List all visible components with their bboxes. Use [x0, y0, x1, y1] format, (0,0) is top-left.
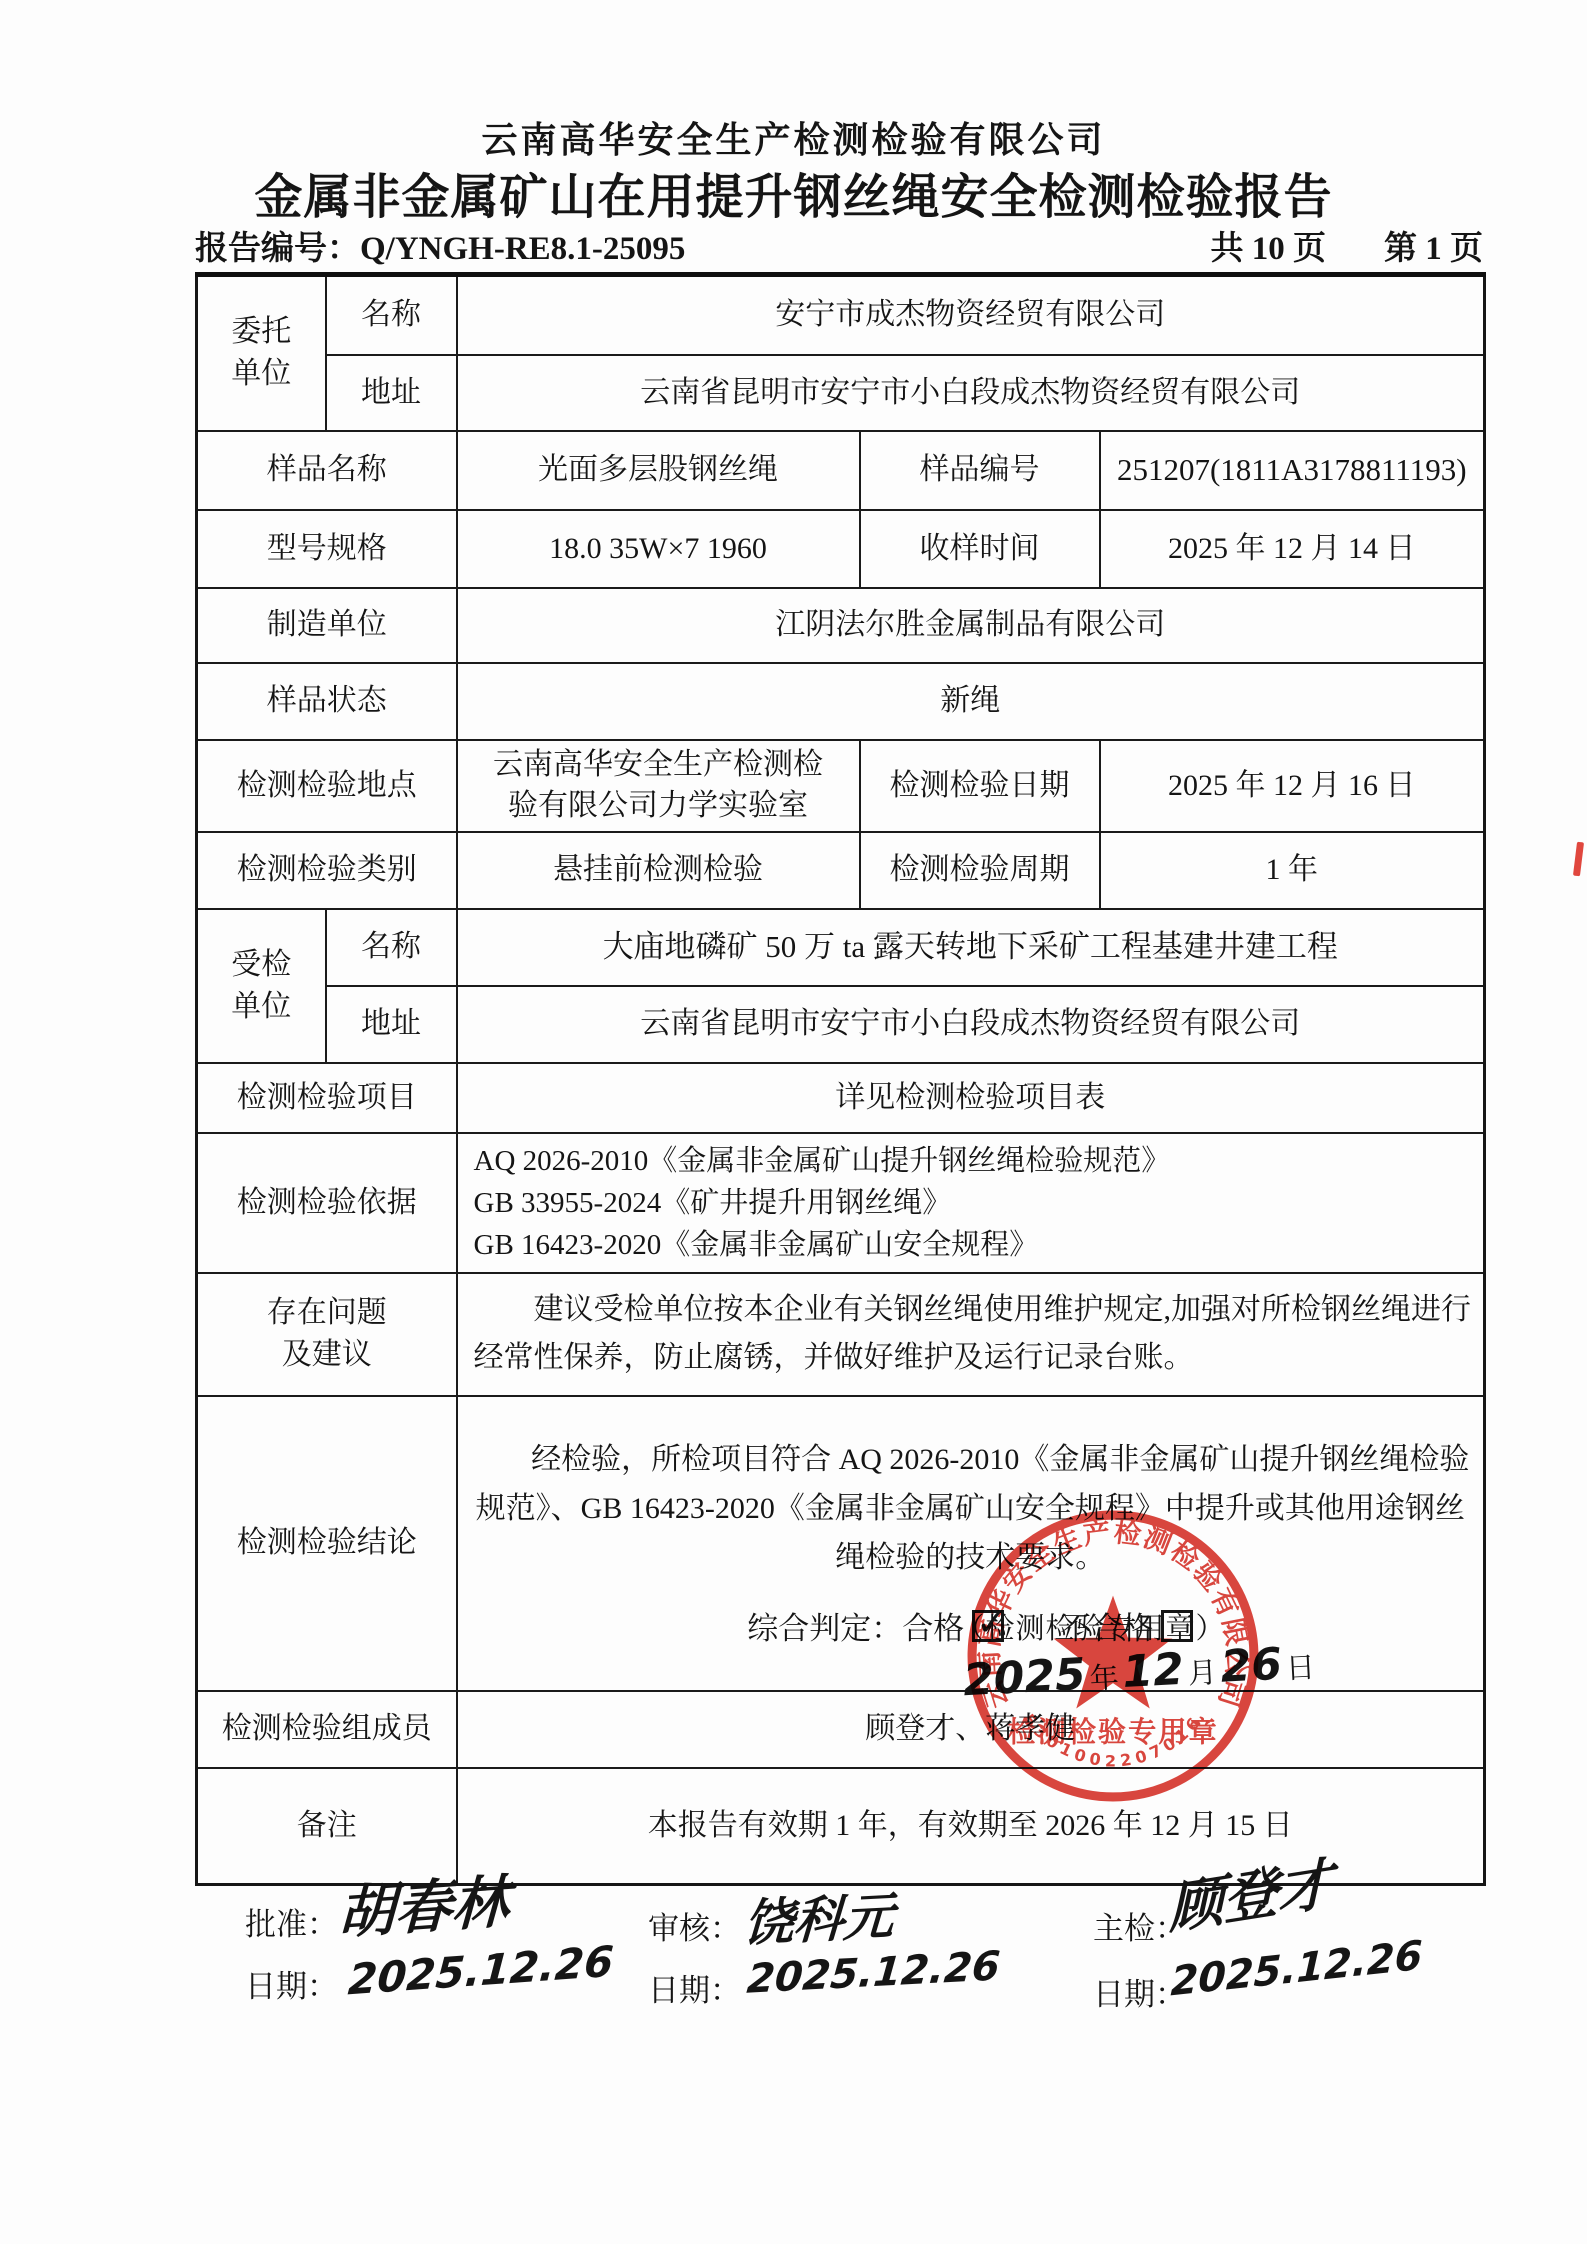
- inspect-type-value: 悬挂前检测检验: [457, 832, 860, 909]
- approve-label: 批准：: [245, 1899, 338, 1944]
- cycle-value: 1 年: [1100, 832, 1485, 909]
- approve-date-value: 2025.12.26: [347, 1937, 616, 2005]
- review-label: 审核：: [648, 1903, 741, 1948]
- subject-unit-label: 受检 单位: [197, 909, 326, 1063]
- stamp-center-text: 检测检验专用章: [1007, 1716, 1218, 1749]
- subject-addr-label: 地址: [326, 986, 457, 1063]
- approve-date-label: 日期：: [245, 1961, 338, 2006]
- inspect-date-label: 检测检验日期: [860, 740, 1100, 832]
- place-value-line1: 云南高华安全生产检测检: [464, 745, 853, 786]
- company-name: 云南高华安全生产检测检验有限公司: [0, 112, 1587, 163]
- place-label: 检测检验地点: [197, 740, 457, 832]
- total-pages: 共 10 页: [1211, 222, 1327, 269]
- stamp-star-icon: [1054, 1596, 1173, 1709]
- basis-line: GB 33955-2024《矿井提升用钢丝绳》: [474, 1182, 1472, 1224]
- sample-no-value: 251207(1811A3178811193): [1100, 431, 1485, 510]
- report-meta-row: 报告编号：Q/YNGH-RE8.1-25095 共 10 页 第 1 页: [195, 222, 1483, 269]
- client-unit-label-line2: 单位: [204, 353, 319, 395]
- client-name-value: 安宁市成杰物资经贸有限公司: [457, 275, 1485, 355]
- basis-line: GB 16423-2020《金属非金属矿山安全规程》: [474, 1224, 1472, 1266]
- items-label: 检测检验项目: [197, 1063, 457, 1133]
- review-signature: 饶科元: [742, 1876, 896, 1956]
- spec-label: 型号规格: [197, 510, 457, 588]
- report-table: 委托 单位 名称 安宁市成杰物资经贸有限公司 地址 云南省昆明市安宁市小白段成杰…: [195, 272, 1486, 1886]
- basis-line: AQ 2026-2010《金属非金属矿山提升钢丝绳检验规范》: [474, 1140, 1472, 1182]
- subject-name-label: 名称: [326, 909, 457, 986]
- scanned-report-page: { "header": { "company": "云南高华安全生产检测检验有限…: [0, 0, 1587, 2244]
- approve-signature: 胡春林: [337, 1856, 510, 1950]
- subject-unit-label-line2: 单位: [204, 986, 319, 1028]
- report-no: Q/YNGH-RE8.1-25095: [360, 231, 685, 268]
- chief-date-value: 2025.12.26: [1170, 1933, 1423, 2006]
- issues-text: 建议受检单位按本企业有关钢丝绳使用维护规定,加强对所检钢丝绳进行经常性保养，防止…: [474, 1286, 1472, 1382]
- red-edge-mark: [1573, 842, 1584, 877]
- items-value: 详见检测检验项目表: [457, 1063, 1485, 1133]
- conclusion-label: 检测检验结论: [197, 1396, 457, 1691]
- spec-value: 18.0 35W×7 1960: [457, 510, 860, 588]
- review-date-label: 日期：: [648, 1965, 741, 2010]
- state-value: 新绳: [457, 663, 1485, 740]
- issues-label-line2: 及建议: [204, 1334, 450, 1376]
- maker-value: 江阴法尔胜金属制品有限公司: [457, 588, 1485, 663]
- client-addr-label: 地址: [326, 355, 457, 431]
- stamp-date-day-unit: 日: [1281, 1651, 1320, 1685]
- maker-label: 制造单位: [197, 588, 457, 663]
- inspect-date-value: 2025 年 12 月 16 日: [1100, 740, 1485, 832]
- subject-addr-value: 云南省昆明市安宁市小白段成杰物资经贸有限公司: [457, 986, 1485, 1063]
- client-unit-label-line1: 委托: [204, 311, 319, 353]
- report-no-label: 报告编号：: [195, 222, 360, 269]
- place-value: 云南高华安全生产检测检 验有限公司力学实验室: [457, 740, 860, 832]
- client-addr-value: 云南省昆明市安宁市小白段成杰物资经贸有限公司: [457, 355, 1485, 431]
- inspection-seal-stamp: 云南高华安全生产检测检验有限公司 5301002207016 检测检验专用章: [962, 1503, 1264, 1809]
- members-label: 检测检验组成员: [197, 1691, 457, 1768]
- state-label: 样品状态: [197, 663, 457, 740]
- received-label: 收样时间: [860, 510, 1100, 588]
- place-value-line2: 验有限公司力学实验室: [464, 786, 853, 827]
- subject-name-value: 大庙地磷矿 50 万 ta 露天转地下采矿工程基建井建工程: [457, 909, 1485, 986]
- subject-unit-label-line1: 受检: [204, 944, 319, 986]
- client-name-label: 名称: [326, 275, 457, 355]
- inspect-type-label: 检测检验类别: [197, 832, 457, 909]
- received-value: 2025 年 12 月 14 日: [1100, 510, 1485, 588]
- issues-label-line1: 存在问题: [204, 1292, 450, 1334]
- issues-value: 建议受检单位按本企业有关钢丝绳使用维护规定,加强对所检钢丝绳进行经常性保养，防止…: [457, 1273, 1485, 1396]
- verdict-label: 综合判定：: [747, 1611, 902, 1646]
- sample-name-value: 光面多层股钢丝绳: [457, 431, 860, 510]
- sample-name-label: 样品名称: [197, 431, 457, 510]
- basis-value: AQ 2026-2010《金属非金属矿山提升钢丝绳检验规范》 GB 33955-…: [457, 1133, 1485, 1273]
- current-page: 第 1 页: [1384, 222, 1483, 269]
- client-unit-label: 委托 单位: [197, 275, 326, 431]
- cycle-label: 检测检验周期: [860, 832, 1100, 909]
- basis-label: 检测检验依据: [197, 1133, 457, 1273]
- sample-no-label: 样品编号: [860, 431, 1100, 510]
- report-title: 金属非金属矿山在用提升钢丝绳安全检测检验报告: [0, 158, 1587, 227]
- issues-label: 存在问题 及建议: [197, 1273, 457, 1396]
